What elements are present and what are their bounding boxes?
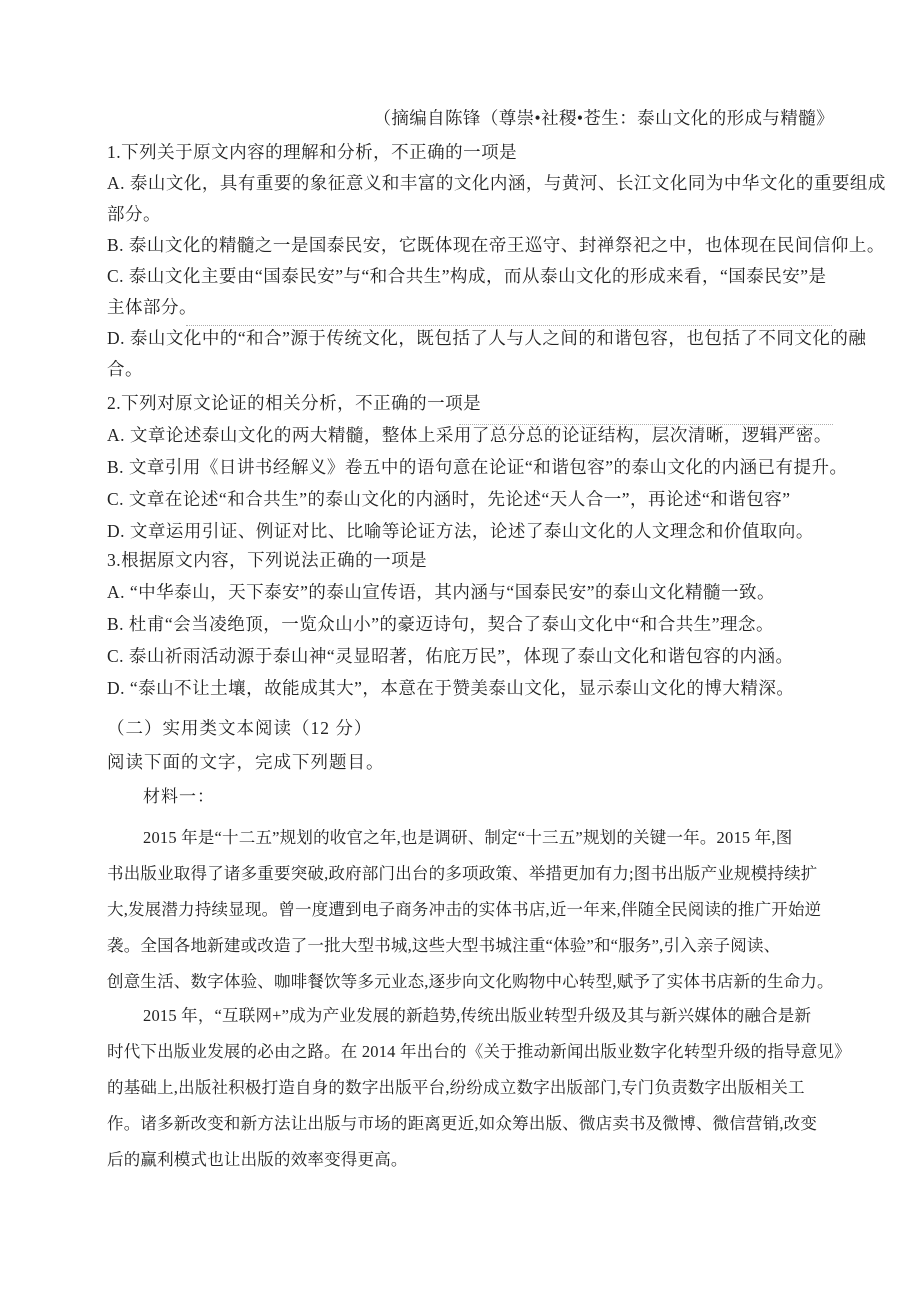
text-line: 2015 年是“十二五”规划的收官之年,也是调研、制定“十三五”规划的关键一年。… (107, 820, 834, 856)
text-line: 时代下出版业发展的必由之路。在 2014 年出台的《关于推动新闻出版业数字化转型… (107, 1034, 834, 1070)
text-line: C. 文章在论述“和合共生”的泰山文化的内涵时，先论述“天人合一”，再论述“和谐… (107, 483, 834, 515)
question-3-option-d: D. “泰山不让土壤，故能成其大”，本意在于赞美泰山文化，显示泰山文化的博大精深… (107, 672, 834, 704)
question-3-option-b: B. 杜甫“会当凌绝顶，一览众山小”的豪迈诗句，契合了泰山文化中“和合共生”理念… (107, 608, 834, 640)
text-line: 主体部分。 (107, 292, 834, 323)
question-1-option-d: D. 泰山文化中的“和合”源于传统文化，既包括了人与人之间的和谐包容，也包括了不… (107, 323, 834, 385)
question-2-option-c: C. 文章在论述“和合共生”的泰山文化的内涵时，先论述“天人合一”，再论述“和谐… (107, 483, 834, 515)
text-line: 书出版业取得了诸多重要突破,政府部门出台的多项政策、举措更加有力;图书出版产业规… (107, 856, 834, 892)
text-line: 合。 (107, 354, 834, 385)
text-line: 后的赢利模式也让出版的效率变得更高。 (107, 1142, 834, 1178)
question-2-option-b: B. 文章引用《日讲书经解义》卷五中的语句意在论证“和谐包容”的泰山文化的内涵已… (107, 451, 834, 483)
section-heading: （二）实用类文本阅读（12 分） (107, 714, 834, 742)
question-1-option-c: C. 泰山文化主要由“国泰民安”与“和合共生”构成，而从泰山文化的形成来看，“国… (107, 261, 834, 323)
material-one-paragraph-1: 2015 年是“十二五”规划的收官之年,也是调研、制定“十三五”规划的关键一年。… (107, 820, 834, 1000)
text-line: 部分。 (107, 199, 834, 230)
text-line: A. 文章论述泰山文化的两大精髓，整体上采用了总分总的论证结构，层次清晰，逻辑严… (107, 419, 834, 451)
question-1-stem: 1.下列关于原文内容的理解和分析，不正确的一项是 (107, 137, 834, 168)
question-2-option-a: A. 文章论述泰山文化的两大精髓，整体上采用了总分总的论证结构，层次清晰，逻辑严… (107, 419, 834, 451)
question-1-option-a: A. 泰山文化，具有重要的象征意义和丰富的文化内涵，与黄河、长江文化同为中华文化… (107, 168, 834, 230)
text-line: D. “泰山不让土壤，故能成其大”，本意在于赞美泰山文化，显示泰山文化的博大精深… (107, 672, 834, 704)
text-line: D. 泰山文化中的“和合”源于传统文化，既包括了人与人之间的和谐包容，也包括了不… (107, 323, 834, 354)
material-one-label: 材料一： (107, 783, 870, 811)
text-line: A. 泰山文化，具有重要的象征意义和丰富的文化内涵，与黄河、长江文化同为中华文化… (107, 168, 834, 199)
text-line: B. 泰山文化的精髓之一是国泰民安，它既体现在帝王巡守、封禅祭祀之中，也体现在民… (107, 230, 834, 261)
scan-artifact-dotted-line (186, 325, 832, 326)
question-3-stem: 3.根据原文内容，下列说法正确的一项是 (107, 544, 834, 576)
text-line: 袭。全国各地新建或改造了一批大型书城,这些大型书城注重“体验”和“服务”,引入亲… (107, 928, 834, 964)
question-1-option-b: B. 泰山文化的精髓之一是国泰民安，它既体现在帝王巡守、封禅祭祀之中，也体现在民… (107, 230, 834, 261)
text-line: B. 杜甫“会当凌绝顶，一览众山小”的豪迈诗句，契合了泰山文化中“和合共生”理念… (107, 608, 834, 640)
material-one-paragraph-2: 2015 年，“互联网+”成为产业发展的新趋势,传统出版业转型升级及其与新兴媒体… (107, 998, 834, 1178)
exam-page: （摘编自陈锋（尊崇•社稷•苍生：泰山文化的形成与精髓》 1.下列关于原文内容的理… (0, 0, 920, 1302)
text-line: 的基础上,出版社积极打造自身的数字出版平台,纷纷成立数字出版部门,专门负责数字出… (107, 1070, 834, 1106)
text-line: 2015 年，“互联网+”成为产业发展的新趋势,传统出版业转型升级及其与新兴媒体… (107, 998, 834, 1034)
question-2-stem: 2.下列对原文论证的相关分析，不正确的一项是 (107, 387, 834, 419)
text-line: 作。诸多新改变和新方法让出版与市场的距离更近,如众筹出版、微店卖书及微博、微信营… (107, 1106, 834, 1142)
question-1: 1.下列关于原文内容的理解和分析，不正确的一项是 A. 泰山文化，具有重要的象征… (107, 137, 834, 385)
text-line: A. “中华泰山，天下泰安”的泰山宣传语，其内涵与“国泰民安”的泰山文化精髓一致… (107, 576, 834, 608)
question-3-option-c: C. 泰山祈雨活动源于泰山神“灵显昭著，佑庇万民”，体现了泰山文化和谐包容的内涵… (107, 640, 834, 672)
text-line: B. 文章引用《日讲书经解义》卷五中的语句意在论证“和谐包容”的泰山文化的内涵已… (107, 451, 834, 483)
text-line: D. 文章运用引证、例证对比、比喻等论证方法，论述了泰山文化的人文理念和价值取向… (107, 515, 834, 547)
text-line: C. 泰山祈雨活动源于泰山神“灵显昭著，佑庇万民”，体现了泰山文化和谐包容的内涵… (107, 640, 834, 672)
reading-instruction: 阅读下面的文字，完成下列题目。 (107, 748, 834, 776)
question-2: 2.下列对原文论证的相关分析，不正确的一项是 A. 文章论述泰山文化的两大精髓，… (107, 387, 834, 547)
question-3: 3.根据原文内容，下列说法正确的一项是 A. “中华泰山，天下泰安”的泰山宣传语… (107, 544, 834, 704)
question-2-option-d: D. 文章运用引证、例证对比、比喻等论证方法，论述了泰山文化的人文理念和价值取向… (107, 515, 834, 547)
source-attribution: （摘编自陈锋（尊崇•社稷•苍生：泰山文化的形成与精髓》 (107, 104, 834, 132)
text-line: C. 泰山文化主要由“国泰民安”与“和合共生”构成，而从泰山文化的形成来看，“国… (107, 261, 834, 292)
text-line: 创意生活、数字体验、咖啡餐饮等多元业态,逐步向文化购物中心转型,赋予了实体书店新… (107, 964, 834, 1000)
question-3-option-a: A. “中华泰山，天下泰安”的泰山宣传语，其内涵与“国泰民安”的泰山文化精髓一致… (107, 576, 834, 608)
text-line: 大,发展潜力持续显现。曾一度遭到电子商务冲击的实体书店,近一年来,伴随全民阅读的… (107, 892, 834, 928)
